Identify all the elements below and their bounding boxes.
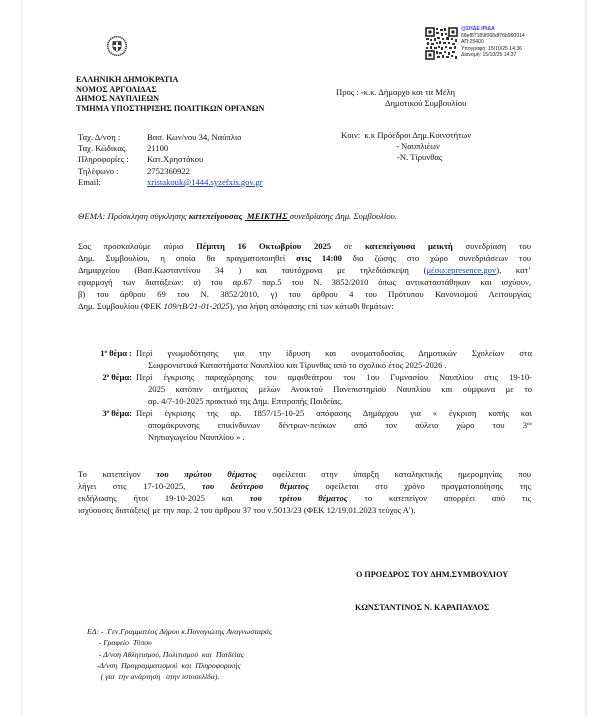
distribution-line: -Δ/νση Προγραμματισμού και Πληροφορικής	[87, 660, 272, 671]
contact-value: Κατ.Χρηστάκου	[147, 154, 262, 165]
text: σε	[331, 241, 365, 251]
subject-mixed: ΜΕΙΚΤΗΣ	[245, 211, 290, 221]
agenda-number: 3ο θέμα:	[72, 407, 136, 443]
emphasis: του δεύτερου θέματος	[202, 481, 309, 491]
agenda-number: 1ο θέμα :	[72, 347, 136, 371]
text: Σας προσκαλούμε αύριο	[78, 241, 196, 251]
signatory-name: ΚΩΝΣΤΑΝΤΙΝΟΣ Ν. ΚΑΡΑΠΑΥΛΟΣ	[355, 603, 489, 612]
stamp-protocol-number: ΑΠ:25400	[461, 39, 525, 46]
fek-reference: 109/τΒ/21-01-2025	[164, 301, 230, 311]
text: Δημ. Συμβουλίου (ΦΕΚ	[78, 301, 164, 311]
contact-value: 21100	[147, 143, 262, 154]
subject-line: ΘΕΜΑ: Πρόσκληση σύγκλησης κατεπείγουσας …	[78, 211, 397, 221]
qr-code-icon	[425, 27, 458, 60]
agenda-text: Νηπιαγωγείου Ναυπλίου » .	[136, 431, 532, 443]
text: οφείλεται στην ύπαρξη καταληκτικής ημερο…	[257, 469, 531, 479]
contact-label: Πληροφορίες :	[78, 154, 147, 165]
cc-label: Κοιν:	[341, 130, 360, 140]
recipients-to: Προς : -κ.κ. Δήμαρχο και τα Μέλη Δημοτικ…	[336, 87, 466, 109]
text: Το κατεπείγον	[78, 469, 156, 479]
to-line: Δημοτικού Συμβουλίου	[336, 98, 466, 109]
cc-line: -Ν. Τίρυνθας	[341, 152, 471, 163]
invitation-paragraph: Σας προσκαλούμε αύριο Πέμπτη 16 Οκτωβρίο…	[78, 240, 531, 312]
contact-label: Ταχ. Κώδικας	[78, 143, 147, 154]
contact-label: Τηλέφωνο :	[78, 166, 147, 177]
text: το κατεπείγον απορρέει από τις	[348, 493, 531, 503]
text: ), κατ’	[496, 265, 531, 275]
text: Δημ. Συμβουλίου, η οποία θα πραγματοποιη…	[78, 253, 296, 263]
agenda-text: Περί γνωμοδότησης για την ίδρυση και ονο…	[136, 347, 532, 359]
contact-row: Ταχ. Κώδικας21100	[78, 143, 262, 154]
text: ισχύουσες διατάξεις( με την παρ. 2 του ά…	[78, 504, 531, 516]
cc-line: - Ναυπλιέων	[341, 141, 471, 152]
meeting-date: Πέμπτη 16 Οκτωβρίου 2025	[196, 241, 331, 251]
contact-label: Ταχ. Δ/νση :	[78, 132, 147, 143]
agenda-item-2: 2ο θέμα: Περί έγκρισης παραχώρησης του α…	[72, 371, 532, 407]
cc-line: κ.κ Πρόεδροι Δημ.Κοινοτήτων	[364, 130, 471, 140]
org-line: ΔΗΜΟΣ ΝΑΥΠΛΙΕΩΝ	[76, 94, 264, 104]
agenda-text: απομάκρυνσης επικίνδυνων δέντρων-πεύκων …	[136, 419, 532, 431]
subject-prefix: ΘΕΜΑ: Πρόσκληση σύγκλησης	[78, 211, 189, 221]
page-left-edge	[21, 0, 22, 716]
text: λήγει στις 17-10-2025,	[78, 481, 202, 491]
signatory-title: Ο ΠΡΟΕΔΡΟΣ ΤΟΥ ΔΗΜ.ΣΥΜΒΟΥΛΙΟΥ	[356, 570, 508, 579]
agenda-items: 1ο θέμα : Περί γνωμοδότησης για την ίδρυ…	[72, 347, 532, 443]
distribution-line: - Δ/νση Αθλητισμού, Πολιτισμού και Παιδε…	[87, 649, 272, 660]
contact-value: Βασ. Κων/νου 34, Ναύπλιο	[147, 132, 262, 143]
text: ), για λήψη απόφασης επί των κάτωθι θεμά…	[230, 301, 394, 311]
page-right-edge	[585, 0, 587, 716]
agenda-item-3: 3ο θέμα: Περί έγκρισης της αρ. 1857/15-1…	[72, 407, 532, 443]
digital-signature-stamp: @ΣΗΔΕ ΙΡΙΔΑ 68ef87189f068df76b960914 ΑΠ:…	[461, 26, 525, 59]
contact-row: Τηλέφωνο :2752360922	[78, 166, 262, 177]
agenda-item-1: 1ο θέμα : Περί γνωμοδότησης για την ίδρυ…	[72, 347, 532, 371]
emphasis: του τρίτου θέματος	[250, 493, 348, 503]
issuing-authority: ΕΛΛΗΝΙΚΗ ΔΗΜΟΚΡΑΤΙΑ ΝΟΜΟΣ ΑΡΓΟΛΙΔΑΣ ΔΗΜΟ…	[76, 75, 264, 113]
to-line: : -κ.κ. Δήμαρχο και τα Μέλη	[356, 87, 455, 97]
text: Δημαρχείου (Βασ.Κωσταντίνου 34 ) και ταυ…	[78, 265, 426, 275]
agenda-text: αρ. 4/7-10-2025 πρακτικό της Δημ. Επιτρο…	[136, 395, 532, 407]
text: συνεδρίαση του	[453, 241, 531, 251]
greek-coat-of-arms-icon	[107, 36, 127, 56]
agenda-text: Περί έγκρισης της αρ. 1857/15-10-25 απόφ…	[136, 407, 532, 419]
contact-row: Email:xristakouk@1444.syzefxis.gov.gr	[78, 177, 262, 188]
agenda-text: Σωφρονιστικά Καταστήματα Ναυπλίου και Τί…	[136, 359, 532, 371]
to-label: Προς	[336, 87, 354, 97]
internal-distribution: ΕΔ: - Γεν.Γραμματέας Δήμου κ.Παναγιώτης …	[87, 626, 272, 682]
email-link[interactable]: xristakouk@1444.syzefxis.gov.gr	[147, 177, 262, 187]
text: δια ζώσης στο χώρο συνεδριάσεων του	[342, 253, 531, 263]
distribution-line: ( για την ανάρτηση στην ιστοσελίδα).	[87, 671, 272, 682]
contact-row: Ταχ. Δ/νση :Βασ. Κων/νου 34, Ναύπλιο	[78, 132, 262, 143]
epresence-link[interactable]: μέσω:epresence.gov	[426, 265, 496, 275]
contact-details: Ταχ. Δ/νση :Βασ. Κων/νου 34, Ναύπλιο Ταχ…	[78, 132, 262, 188]
text: β) του άρθρου 69 του Ν. 3852/2010, γ) το…	[78, 288, 531, 300]
org-line: ΤΜΗΜΑ ΥΠΟΣΤΗΡΙΞΗΣ ΠΟΛΙΤΙΚΩΝ ΟΡΓΑΝΩΝ	[76, 104, 264, 114]
text: εφαρμογή των διατάξεων: α) του αρ.67 παρ…	[78, 276, 531, 288]
contact-value: 2752360922	[147, 166, 262, 177]
org-line: ΕΛΛΗΝΙΚΗ ΔΗΜΟΚΡΑΤΙΑ	[76, 75, 264, 85]
recipients-cc: Κοιν: κ.κ Πρόεδροι Δημ.Κοινοτήτων - Ναυπ…	[341, 130, 471, 163]
subject-urgent: κατεπείγουσας	[189, 211, 243, 221]
stamp-hash: 68ef87189f068df76b960914	[461, 33, 525, 40]
agenda-text: Περί έγκρισης παραχώρησης του αμφιθεάτρο…	[136, 371, 532, 383]
subject-suffix: συνεδρίασης Δημ. Συμβουλίου.	[290, 211, 397, 221]
text: οφείλεται στο χρόνο πραγματοποίησης της	[309, 481, 531, 491]
distribution-line: ΕΔ: - Γεν.Γραμματέας Δήμου κ.Παναγιώτης …	[87, 626, 272, 637]
agenda-number: 2ο θέμα:	[72, 371, 136, 407]
agenda-text: 2025 κατόπιν αιτήματος μελών Ανοικτού Πα…	[136, 383, 532, 395]
distribution-line: - Γραφείο Τύπου	[87, 637, 272, 648]
text: εκδήλωσης ήτοι 19-10-2025 και	[78, 493, 250, 503]
org-line: ΝΟΜΟΣ ΑΡΓΟΛΙΔΑΣ	[76, 85, 264, 95]
emphasis: του πρώτου θέματος	[156, 469, 256, 479]
meeting-time: στις 14:00	[296, 253, 342, 263]
meeting-type: κατεπείγουσα μεικτή	[365, 241, 453, 251]
urgency-paragraph: Το κατεπείγον του πρώτου θέματος οφείλετ…	[78, 468, 531, 516]
contact-label: Email:	[78, 177, 147, 188]
stamp-title: @ΣΗΔΕ ΙΡΙΔΑ	[461, 26, 525, 33]
contact-row: Πληροφορίες :Κατ.Χρηστάκου	[78, 154, 262, 165]
stamp-distribution-date: Διανομή: 15/10/25 14:37	[461, 52, 525, 59]
